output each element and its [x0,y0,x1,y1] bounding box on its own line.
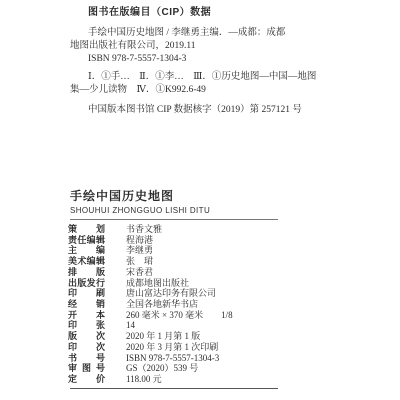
cip-classification-line-2: 集—少儿读物 Ⅳ．①K992.6-49 [70,84,342,97]
colophon-row: 责任编辑 程海港 [68,235,308,246]
copyright-page: 图书在版编目（CIP）数据 手绘中国历史地图 / 李继勇主编．—成都：成都 地图… [0,0,400,400]
colophon-row-label: 审图号 [68,363,105,374]
colophon-row-label: 经销 [68,299,105,310]
colophon-row-value: 14 [126,320,135,331]
book-title-pinyin: SHOUHUI ZHONGGUO LISHI DITU [70,206,278,215]
colophon-row: 印次 2020 年 3 月第 1 次印刷 [68,342,308,353]
colophon-row-value: 2020 年 1 月第 1 版 [126,331,200,342]
colophon-row: 策划 书香文雅 [68,224,308,235]
colophon-row-label: 排版 [68,267,105,278]
cip-entry-line-2: 地图出版社有限公司，2019.11 [70,40,342,53]
colophon-row-value: 张 珺 [126,256,153,267]
colophon-row: 定价 118.00 元 [68,374,308,385]
colophon-row-value: 唐山富达印务有限公司 [126,288,216,299]
colophon-row-label: 书号 [68,353,105,364]
title-block: 手绘中国历史地图 SHOUHUI ZHONGGUO LISHI DITU [70,187,278,220]
colophon-row: 印刷 唐山富达印务有限公司 [68,288,308,299]
colophon-row: 书号 ISBN 978-7-5557-1304-3 [68,353,308,364]
colophon-row-label: 印刷 [68,288,105,299]
colophon-row-label: 美术编辑 [68,256,105,267]
colophon-row-label: 开本 [68,310,105,321]
cip-block: 图书在版编目（CIP）数据 手绘中国历史地图 / 李继勇主编．—成都：成都 地图… [70,6,342,117]
colophon-row-label: 定价 [68,374,105,385]
colophon-row-value: 2020 年 3 月第 1 次印刷 [126,342,218,353]
cip-header: 图书在版编目（CIP）数据 [70,6,342,19]
bottom-rule [70,388,278,389]
colophon-row: 经销 全国各地新华书店 [68,299,308,310]
colophon-row: 审图号 GS（2020）539 号 [68,363,308,374]
colophon: 策划 书香文雅 责任编辑 程海港 主编 李继勇 美术编辑 张 珺 排版 宋香君 … [68,224,308,385]
colophon-row-label: 出版发行 [68,278,105,289]
colophon-row-label: 策划 [68,224,105,235]
colophon-row: 版次 2020 年 1 月第 1 版 [68,331,308,342]
book-title: 手绘中国历史地图 [70,187,278,204]
cip-classification-line-1: Ⅰ．①手… Ⅱ．①李… Ⅲ．①历史地图—中国—地图 [70,71,342,84]
colophon-row: 美术编辑 张 珺 [68,256,308,267]
colophon-row-value: 书香文雅 [126,224,162,235]
colophon-row-value: 李继勇 [126,245,153,256]
colophon-row-value: 118.00 元 [126,374,162,385]
colophon-row-label: 印次 [68,342,105,353]
colophon-row-value: GS（2020）539 号 [126,363,198,374]
cip-entry-line-1: 手绘中国历史地图 / 李继勇主编．—成都：成都 [70,27,342,40]
colophon-row: 开本 260 毫米 × 370 毫米 1/8 [68,310,308,321]
colophon-row-value: 成都地图出版社 [126,278,189,289]
colophon-row-label: 版次 [68,331,105,342]
colophon-row-label: 主编 [68,245,105,256]
colophon-row-label: 责任编辑 [68,235,105,246]
colophon-row: 印张 14 [68,320,308,331]
cip-isbn-line: ISBN 978-7-5557-1304-3 [70,53,342,66]
colophon-row-label: 印张 [68,320,105,331]
colophon-row-value: 程海港 [126,235,153,246]
colophon-row-value: 宋香君 [126,267,153,278]
colophon-row-value: 260 毫米 × 370 毫米 1/8 [126,310,233,321]
colophon-row: 主编 李继勇 [68,245,308,256]
cip-record-number-line: 中国版本图书馆 CIP 数据核字（2019）第 257121 号 [70,104,342,117]
colophon-row: 排版 宋香君 [68,267,308,278]
colophon-row-value: ISBN 978-7-5557-1304-3 [126,353,219,364]
colophon-row-value: 全国各地新华书店 [126,299,198,310]
colophon-row: 出版发行 成都地图出版社 [68,278,308,289]
